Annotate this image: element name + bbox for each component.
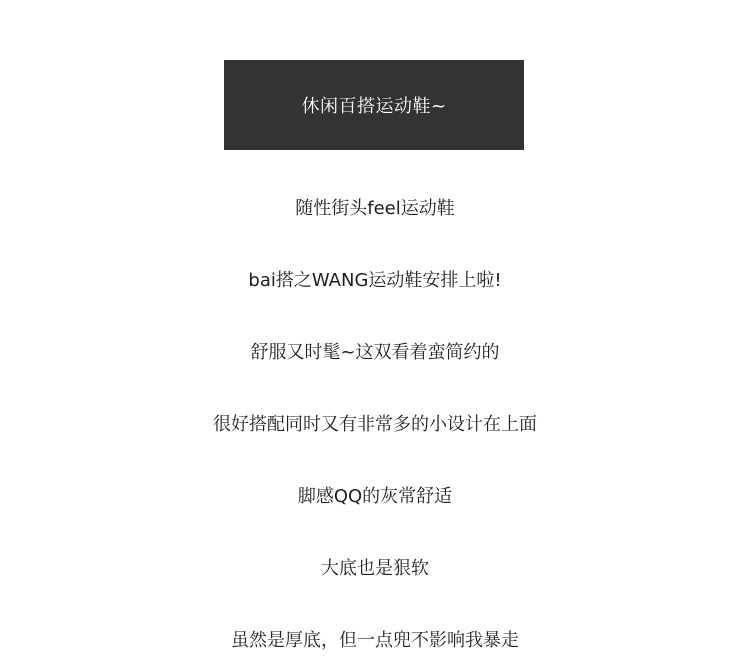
body-line: 脚感QQ的灰常舒适 (0, 485, 750, 509)
body-line: 虽然是厚底，但一点兜不影响我暴走 (0, 629, 750, 653)
title-banner: 休闲百搭运动鞋~ (224, 60, 524, 150)
body-line: 很好搭配同时又有非常多的小设计在上面 (0, 413, 750, 437)
title-text: 休闲百搭运动鞋~ (301, 92, 446, 118)
body-line: 随性街头feel运动鞋 (0, 197, 750, 221)
body-line: 舒服又时髦~这双看着蛮简约的 (0, 341, 750, 365)
body-line: 大底也是狠软 (0, 557, 750, 581)
body-line: bai搭之WANG运动鞋安排上啦! (0, 269, 750, 293)
